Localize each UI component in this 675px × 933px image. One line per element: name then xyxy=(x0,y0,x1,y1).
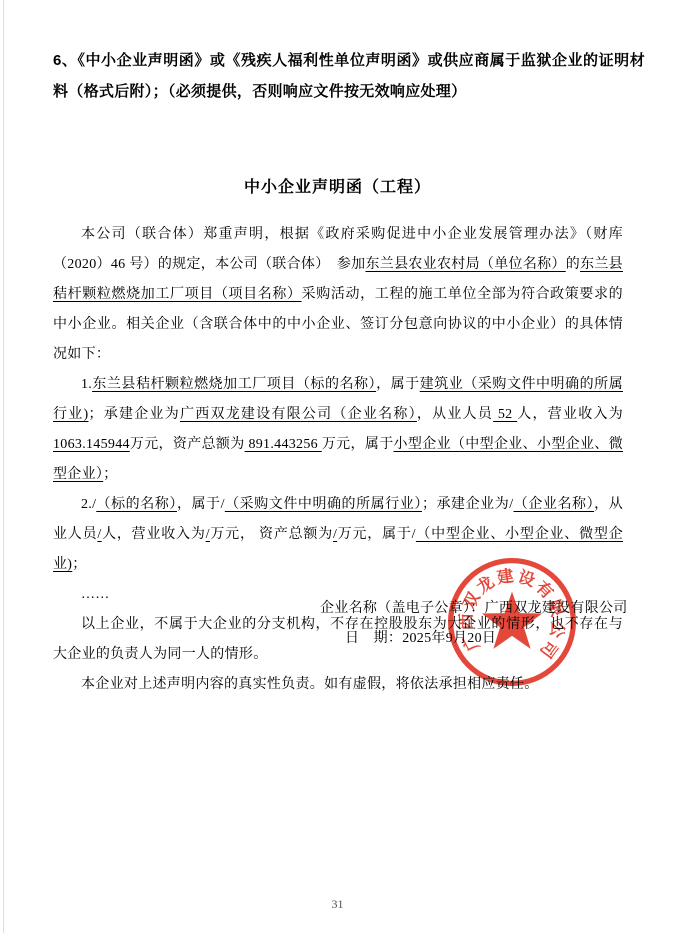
subject-name-blank: 东兰县秸杆颗粒燃烧加工厂项目（标的名称） xyxy=(92,377,376,392)
svg-text:设: 设 xyxy=(516,567,538,590)
svg-text:广: 广 xyxy=(458,630,483,654)
purchaser-name-blank: 东兰县农业农村局（单位名称） xyxy=(365,257,565,272)
svg-text:建: 建 xyxy=(496,565,516,587)
paragraph-item-1: 1.东兰县秸杆颗粒燃烧加工厂项目（标的名称），属于建筑业（采购文件中明确的所属行… xyxy=(53,370,623,490)
svg-text:西: 西 xyxy=(457,613,476,630)
svg-text:限: 限 xyxy=(544,598,567,620)
paragraph-declaration: 本公司（联合体）郑重声明，根据《政府采购促进中小企业发展管理办法》（财库（202… xyxy=(53,220,623,370)
contractor-name-blank: 广西双龙建设有限公司（企业名称） xyxy=(180,407,417,422)
page-number: 31 xyxy=(0,897,675,912)
date-label: 日 期： xyxy=(345,631,402,646)
employees-count-blank: 52 xyxy=(493,407,517,422)
document-page: 6、《中小企业声明函》或《残疾人福利性单位声明函》或供应商属于监狱企业的证明材料… xyxy=(0,0,675,933)
contractor-placeholder: （企业名称） xyxy=(514,497,595,512)
assets-blank: 891.443256 xyxy=(245,437,322,452)
revenue-blank: 1063.145944 xyxy=(53,437,130,452)
page-edge-line xyxy=(3,0,4,933)
company-seal-stamp: 广 西 双 龙 建 设 有 限 公 司 xyxy=(446,556,578,688)
svg-text:司: 司 xyxy=(536,637,561,662)
svg-text:公: 公 xyxy=(546,620,568,640)
subject-name-placeholder: （标的名称） xyxy=(96,497,177,512)
seal-star-icon xyxy=(482,592,542,649)
industry-placeholder: （采购文件中明确的所属行业） xyxy=(225,497,422,512)
document-title: 中小企业声明函（工程） xyxy=(0,174,675,197)
section-heading: 6、《中小企业声明函》或《残疾人福利性单位声明函》或供应商属于监狱企业的证明材料… xyxy=(53,45,645,107)
